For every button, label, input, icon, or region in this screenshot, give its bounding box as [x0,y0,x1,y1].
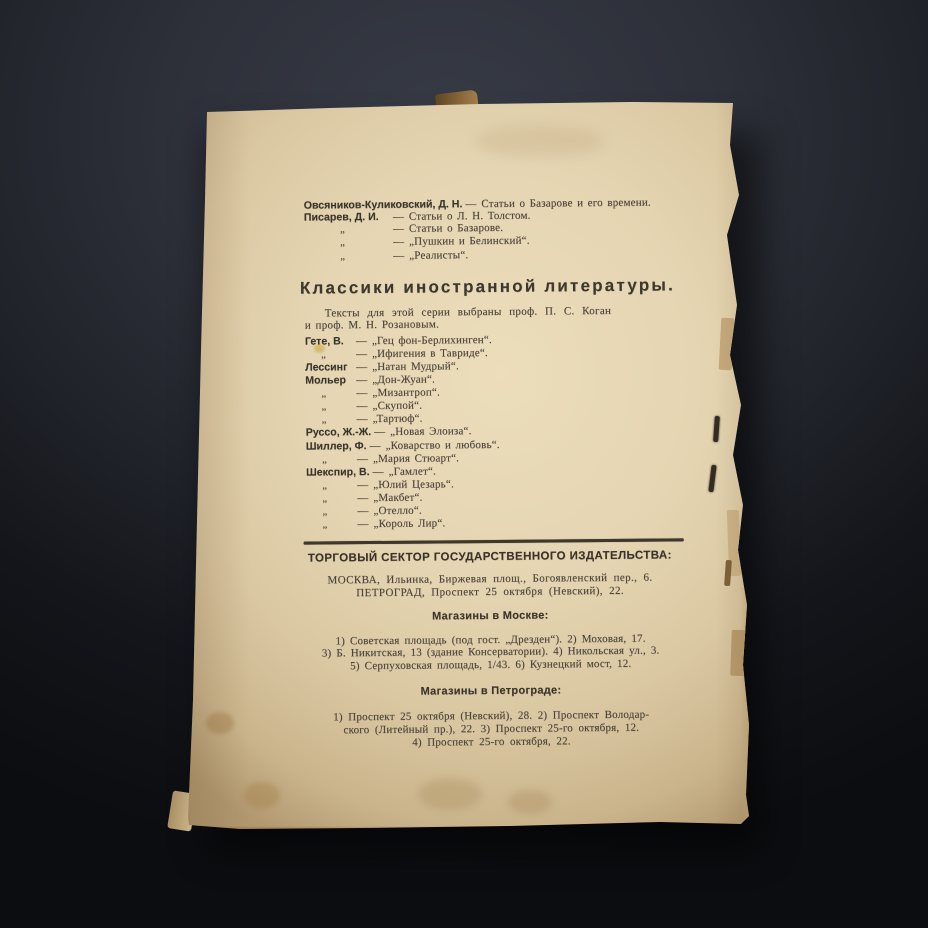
author-name: „ [306,453,354,466]
dash-separator: — [356,361,367,374]
dash-separator: — [356,335,367,348]
author-name: „ [306,518,354,531]
author-name: „ [305,348,353,361]
author-name: „ [306,414,354,427]
dash-separator: — [356,387,367,400]
work-title: „Тартюф“. [373,413,423,426]
bibliography-list: Овсяников-Куликовский, Д. Н. — Статьи о … [296,190,679,263]
author-name: Мольер [305,374,353,387]
work-title: „Коварство и любовь“. [386,438,500,452]
dash-separator: — [393,211,404,223]
section-divider-rule [304,538,684,544]
dash-separator: — [357,413,368,426]
series-row: „ — „Король Лир“. [298,515,680,531]
series-note: Тексты для этой серии выбраны проф. П. С… [297,304,679,332]
series-heading: Классики иностранной литературы. [296,276,678,297]
work-title: „Гец фон-Берлихинген“. [372,334,492,348]
dash-separator: — [465,198,476,210]
work-title: „Отелло“. [373,504,422,517]
author-name: Шекспир, В. [306,466,370,480]
dash-separator: — [357,518,368,531]
trade-addresses: МОСКВА, Ильинка, Биржевая площ., Богоявл… [299,571,681,600]
series-note-line: и проф. М. Н. Розановым. [305,317,679,333]
work-title: „Новая Элоиза“. [390,426,472,440]
work-title: „Натан Мудрый“. [372,360,459,374]
printed-text-block: Овсяников-Куликовский, Д. Н. — Статьи о … [295,88,683,836]
work-title: Статьи о Л. Н. Толстом. [409,209,531,222]
work-title: „Дон-Жуан“. [372,374,435,388]
dash-separator: — [356,348,367,361]
work-title: „Реалисты“. [409,249,468,262]
work-title: „Юлий Цезарь“. [373,478,454,492]
work-title: „Макбет“. [373,491,422,504]
author-name: Гете, В. [305,335,353,348]
petrograd-shops-list: 1) Проспект 25 октября (Невский), 28. 2)… [300,708,682,750]
work-title: „Ифигения в Тавриде“. [372,347,488,361]
moscow-shops-list: 1) Советская площадь (под гост. „Дрезден… [300,632,682,673]
trade-sector-heading: ТОРГОВЫЙ СЕКТОР ГОСУДАРСТВЕННОГО ИЗДАТЕЛ… [299,549,681,565]
torn-paper-fragment [724,560,732,586]
author-name: Писарев, Д. И. [304,211,390,224]
paper-stain [244,782,280,808]
staple-mark [708,465,716,492]
author-name: Шиллер, Ф. [306,440,367,454]
dash-separator: — [357,479,368,492]
author-name: „ [306,479,354,492]
dash-separator: — [356,374,367,387]
work-title: Статьи о Базарове. [409,222,503,235]
author-name: „ [305,400,353,413]
author-name: „ [304,237,390,250]
work-title: „Мизантроп“. [372,387,440,401]
work-title: Статьи о Базарове и его времени. [481,196,651,210]
dash-separator: — [372,466,383,479]
work-title: „Король Лир“. [373,517,445,531]
moscow-shops-heading: Магазины в Москве: [299,608,681,624]
dash-separator: — [356,400,367,413]
staple-mark [713,416,720,442]
dash-separator: — [393,223,404,235]
series-list: Гете, В. — „Гец фон-Берлихинген“. „ — „И… [297,332,681,531]
author-name: „ [306,492,354,505]
work-title: „Пушкин и Белинский“. [409,235,530,248]
page-stack-left-edge [165,106,203,821]
paper-stain [206,712,234,734]
work-title: „Гамлет“. [388,465,436,478]
author-name: „ [304,224,390,237]
author-name: „ [305,387,353,400]
book-page: Овсяников-Куликовский, Д. Н. — Статьи о … [180,90,755,835]
dash-separator: — [357,453,368,466]
dash-separator: — [357,505,368,518]
author-name: „ [304,251,390,264]
work-title: „Скупой“. [372,400,422,413]
dash-separator: — [393,249,404,261]
author-name: „ [306,505,354,518]
address-line: ПЕТРОГРАД, Проспект 25 октября (Невский)… [299,584,681,600]
dash-separator: — [393,236,404,248]
dash-separator: — [370,439,381,452]
author-name: Руссо, Ж.-Ж. [306,426,372,440]
photo-of-book-back-page: Овсяников-Куликовский, Д. Н. — Статьи о … [0,0,928,928]
petrograd-shops-heading: Магазины в Петрограде: [300,683,682,699]
author-name: Лессинг [305,361,353,374]
dash-separator: — [357,492,368,505]
dash-separator: — [374,426,385,439]
shop-list-line: 5) Серпуховская площадь, 1/43. 6) Кузнец… [300,657,682,673]
work-title: „Мария Стюарт“. [373,452,459,466]
